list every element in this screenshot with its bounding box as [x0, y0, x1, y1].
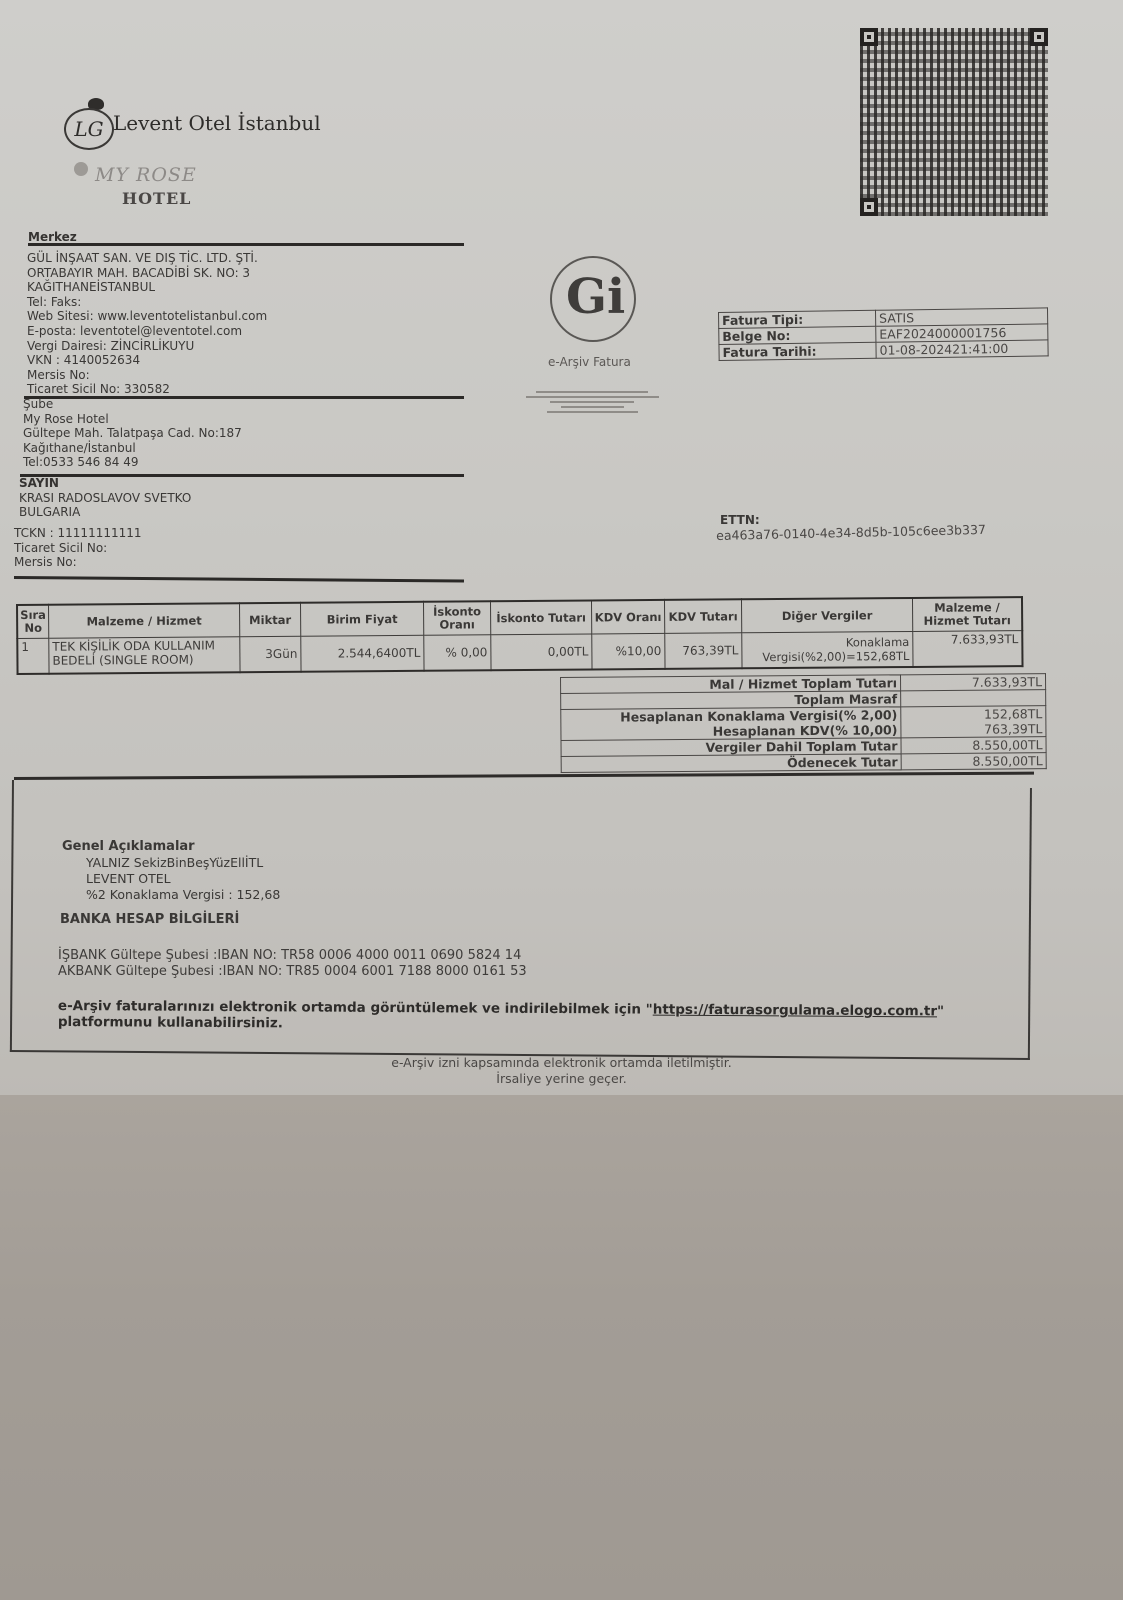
goods-total-label: Mal / Hizmet Toplam Tutarı	[561, 675, 901, 694]
portal-notice: e-Arşiv faturalarınızı elektronik ortamd…	[58, 998, 1018, 1036]
items-table: Sıra No Malzeme / Hizmet Miktar Birim Fi…	[16, 596, 1024, 675]
qr-finder-icon	[860, 28, 878, 46]
col-discount-amount: İskonto Tutarı	[490, 600, 591, 634]
address-line: ORTABAYIR MAH. BACADİBİ SK. NO: 3	[27, 266, 267, 281]
vat-label: Hesaplanan KDV(% 10,00)	[564, 722, 897, 740]
headquarters-details: GÜL İNŞAAT SAN. VE DIŞ TİC. LTD. ŞTİ. OR…	[27, 251, 267, 397]
tax-incl-total-value: 8.550,00TL	[901, 737, 1046, 754]
customer-mersis: Mersis No:	[14, 555, 142, 570]
footer-line-2: İrsaliye yerine geçer.	[0, 1071, 1123, 1086]
customer-name: KRASI RADOSLAVOV SVETKO	[19, 491, 191, 506]
e-arsiv-label: e-Arşiv Fatura	[548, 355, 631, 369]
monogram-logo: LG	[64, 108, 114, 150]
cell-qty: 3Gün	[240, 636, 301, 672]
col-unit-price: Birim Fiyat	[300, 602, 423, 636]
tax-breakdown-values: 152,68TL 763,39TL	[901, 706, 1046, 738]
col-vat-amount: KDV Tutarı	[664, 599, 741, 633]
address-line: Kağıthane/İstanbul	[23, 441, 242, 456]
invoice-date-value: 01-08-202421:41:00	[876, 340, 1048, 358]
headquarters-title: Merkez	[28, 230, 77, 245]
tel-fax: Tel: Faks:	[27, 295, 267, 310]
note-line: LEVENT OTEL	[62, 871, 280, 887]
customer-trade-registry: Ticaret Sicil No:	[14, 541, 142, 556]
bank-title: BANKA HESAP BİLGİLERİ	[60, 912, 239, 927]
footer-line-1: e-Arşiv izni kapsamında elektronik ortam…	[0, 1055, 1123, 1070]
background-surface	[0, 1095, 1123, 1600]
customer-country: BULGARIA	[19, 505, 191, 520]
cell-other-taxes: Konaklama Vergisi(%2,00)=152,68TL	[742, 631, 913, 668]
flower-icon	[74, 162, 88, 176]
bank-accounts: İŞBANK Gültepe Şubesi :IBAN NO: TR58 000…	[58, 948, 527, 980]
tax-office: Vergi Dairesi: ZİNCİRLİKUYU	[27, 339, 267, 354]
expense-total-label: Toplam Masraf	[561, 691, 901, 710]
col-sira: Sıra No	[17, 605, 49, 639]
totals-table: Mal / Hizmet Toplam Tutarı 7.633,93TL To…	[560, 673, 1047, 773]
cell-discount-amount: 0,00TL	[491, 634, 592, 670]
vat-value: 763,39TL	[904, 721, 1042, 737]
totals-row: Ödenecek Tutar 8.550,00TL	[561, 753, 1046, 773]
cell-vat-rate: %10,00	[592, 633, 665, 669]
branch-title: Şube	[23, 397, 242, 412]
headquarters-block: Merkez	[28, 230, 77, 245]
email: E-posta: leventotel@leventotel.com	[27, 324, 267, 339]
tax-incl-total-label: Vergiler Dahil Toplam Tutar	[561, 738, 901, 757]
table-row: 1 TEK KİŞİLİK ODA KULLANIM BEDELİ (SINGL…	[17, 631, 1022, 674]
qr-finder-icon	[860, 198, 878, 216]
col-item: Malzeme / Hizmet	[49, 603, 240, 638]
qr-code-icon	[860, 28, 1048, 216]
ettn-label: ETTN:	[720, 513, 760, 527]
tax-breakdown-labels: Hesaplanan Konaklama Vergisi(% 2,00) Hes…	[561, 707, 901, 741]
note-line: %2 Konaklama Vergisi : 152,68	[62, 887, 280, 903]
company-name: GÜL İNŞAAT SAN. VE DIŞ TİC. LTD. ŞTİ.	[27, 251, 267, 266]
totals-row: Hesaplanan Konaklama Vergisi(% 2,00) Hes…	[561, 706, 1046, 741]
cell-line-total: 7.633,93TL	[913, 631, 1023, 667]
bank-account: İŞBANK Gültepe Şubesi :IBAN NO: TR58 000…	[58, 948, 527, 964]
goods-total-value: 7.633,93TL	[900, 674, 1045, 691]
website: Web Sitesi: www.leventotelistanbul.com	[27, 309, 267, 324]
seal-glyph: Gi	[566, 272, 616, 322]
payable-label: Ödenecek Tutar	[561, 754, 901, 773]
cell-vat-amount: 763,39TL	[665, 633, 742, 669]
branch-block: Şube My Rose Hotel Gültepe Mah. Talatpaş…	[23, 397, 242, 470]
col-other-taxes: Diğer Vergiler	[741, 598, 912, 633]
col-vat-rate: KDV Oranı	[591, 600, 664, 634]
branch-tel: Tel:0533 546 84 49	[23, 455, 242, 470]
payable-value: 8.550,00TL	[901, 753, 1046, 770]
general-notes: Genel Açıklamalar YALNIZ SekizBinBeşYüzE…	[62, 838, 280, 903]
invoice-meta-table: Fatura Tipi: SATIS Belge No: EAF20240000…	[718, 307, 1049, 361]
trade-registry: Ticaret Sicil No: 330582	[27, 382, 267, 397]
notes-title: Genel Açıklamalar	[62, 839, 195, 854]
sub-brand-hotel: HOTEL	[122, 189, 191, 208]
col-qty: Miktar	[240, 603, 301, 637]
col-discount-rate: İskonto Oranı	[423, 601, 490, 635]
brand-name: Levent Otel İstanbul	[113, 111, 321, 135]
cell-item: TEK KİŞİLİK ODA KULLANIM BEDELİ (SINGLE …	[49, 637, 240, 674]
cell-sira: 1	[17, 638, 49, 674]
vkn: VKN : 4140052634	[27, 353, 267, 368]
note-line: YALNIZ SekizBinBeşYüzEllİTL	[62, 855, 280, 871]
sub-brand-name: MY ROSE	[95, 164, 197, 186]
customer-ids: TCKN : 11111111111 Ticaret Sicil No: Mer…	[14, 526, 142, 570]
cell-discount-rate: % 0,00	[424, 635, 491, 671]
customer-title: SAYIN	[19, 476, 191, 491]
lodging-tax-value: 152,68TL	[904, 706, 1042, 722]
address-line: KAĞITHANEİSTANBUL	[27, 280, 267, 295]
col-line-total: Malzeme / Hizmet Tutarı	[912, 597, 1022, 631]
address-line: Gültepe Mah. Talatpaşa Cad. No:187	[23, 426, 242, 441]
gib-seal-icon: Gi	[550, 256, 636, 342]
expense-total-value	[901, 690, 1046, 707]
bank-account: AKBANK Gültepe Şubesi :IBAN NO: TR85 000…	[58, 964, 527, 980]
portal-link[interactable]: https://faturasorgulama.elogo.com.tr	[653, 1002, 937, 1020]
cell-unit-price: 2.544,6400TL	[301, 635, 424, 671]
company-stamp	[522, 388, 662, 428]
invoice-date-label: Fatura Tarihi:	[719, 342, 876, 360]
mersis-no: Mersis No:	[27, 368, 267, 383]
branch-name: My Rose Hotel	[23, 412, 242, 427]
qr-finder-icon	[1030, 28, 1048, 46]
divider	[28, 243, 464, 246]
customer-tckn: TCKN : 11111111111	[14, 526, 142, 541]
customer-block: SAYIN KRASI RADOSLAVOV SVETKO BULGARIA	[19, 476, 191, 520]
